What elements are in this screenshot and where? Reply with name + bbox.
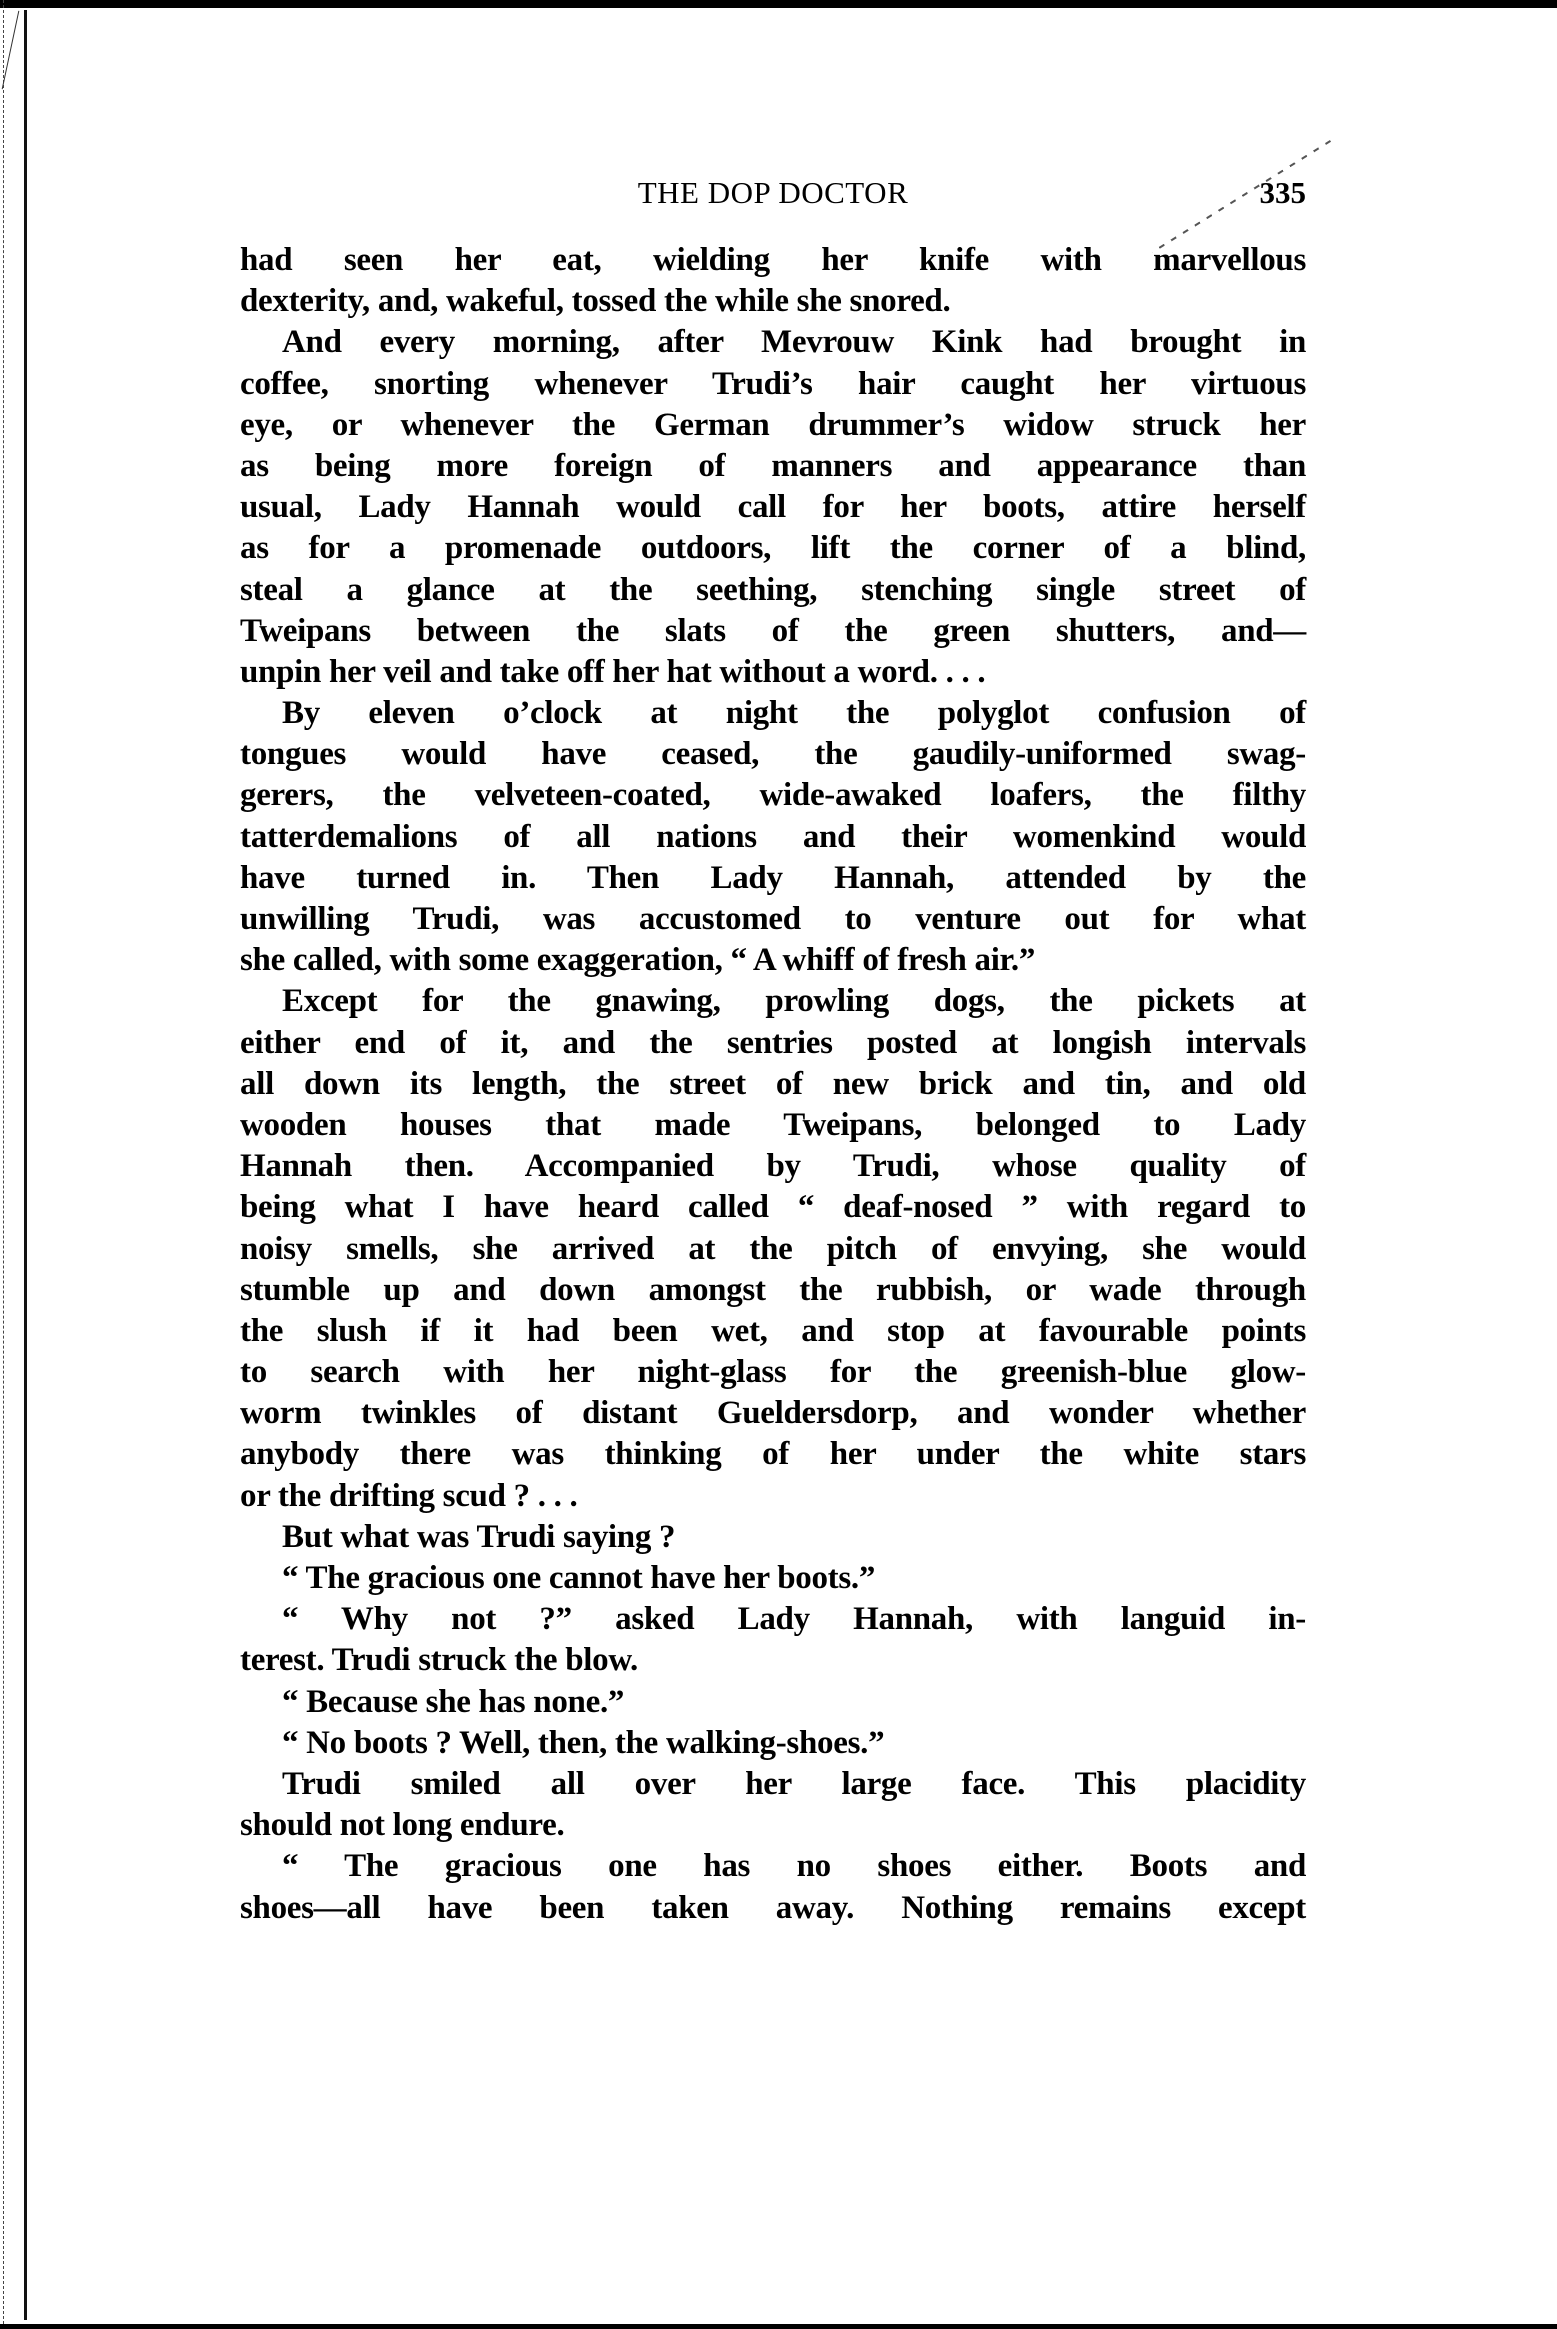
page-number: 335 [1260,175,1307,211]
text-line: or the drifting scud ? . . . [240,1476,1306,1517]
text-line: stumble up and down amongst the rubbish,… [240,1270,1306,1311]
text-line: either end of it, and the sentries poste… [240,1023,1306,1064]
text-line: “ The gracious one has no shoes either. … [240,1846,1306,1887]
text-line: to search with her night-glass for the g… [240,1352,1306,1393]
text-line: steal a glance at the seething, stenchin… [240,570,1306,611]
text-line: should not long endure. [240,1805,1306,1846]
text-line: Hannah then. Accompanied by Trudi, whose… [240,1146,1306,1187]
text-line: usual, Lady Hannah would call for her bo… [240,487,1306,528]
text-line: And every morning, after Mevrouw Kink ha… [240,322,1306,363]
scan-top-edge [0,0,1557,8]
text-line: “ No boots ? Well, then, the walking-sho… [240,1723,1306,1764]
text-line: tongues would have ceased, the gaudily-u… [240,734,1306,775]
text-line: dexterity, and, wakeful, tossed the whil… [240,281,1306,322]
text-line: Trudi smiled all over her large face. Th… [240,1764,1306,1805]
text-line: worm twinkles of distant Gueldersdorp, a… [240,1393,1306,1434]
text-line: gerers, the velveteen-coated, wide-awake… [240,775,1306,816]
text-line: unwilling Trudi, was accustomed to ventu… [240,899,1306,940]
body-text: had seen her eat, wielding her knife wit… [240,240,1306,1929]
text-line: “ The gracious one cannot have her boots… [240,1558,1306,1599]
text-line: as being more foreign of manners and app… [240,446,1306,487]
text-line: Except for the gnawing, prowling dogs, t… [240,981,1306,1022]
scan-left-margin [0,0,4,2329]
text-line: shoes—all have been taken away. Nothing … [240,1888,1306,1929]
running-head-title: THE DOP DOCTOR [240,175,1306,211]
text-line: being what I have heard called “ deaf-no… [240,1187,1306,1228]
text-line: coffee, snorting whenever Trudi’s hair c… [240,364,1306,405]
text-line: noisy smells, she arrived at the pitch o… [240,1229,1306,1270]
text-line: unpin her veil and take off her hat with… [240,652,1306,693]
text-line: “ Why not ?” asked Lady Hannah, with lan… [240,1599,1306,1640]
text-line: all down its length, the street of new b… [240,1064,1306,1105]
text-line: as for a promenade outdoors, lift the co… [240,528,1306,569]
text-line: the slush if it had been wet, and stop a… [240,1311,1306,1352]
text-line: she called, with some exaggeration, “ A … [240,940,1306,981]
text-line: eye, or whenever the German drummer’s wi… [240,405,1306,446]
text-line: had seen her eat, wielding her knife wit… [240,240,1306,281]
text-line: anybody there was thinking of her under … [240,1434,1306,1475]
text-line: By eleven o’clock at night the polyglot … [240,693,1306,734]
text-line: Tweipans between the slats of the green … [240,611,1306,652]
text-line: wooden houses that made Tweipans, belong… [240,1105,1306,1146]
text-line: tatterdemalions of all nations and their… [240,817,1306,858]
scan-bottom-edge [0,2324,1557,2329]
text-line: “ Because she has none.” [240,1682,1306,1723]
text-line: terest. Trudi struck the blow. [240,1640,1306,1681]
text-line: But what was Trudi saying ? [240,1517,1306,1558]
running-head: THE DOP DOCTOR 335 [240,175,1306,215]
page-fold-mark [2,11,20,89]
text-line: have turned in. Then Lady Hannah, attend… [240,858,1306,899]
book-spine-line [24,10,27,2320]
